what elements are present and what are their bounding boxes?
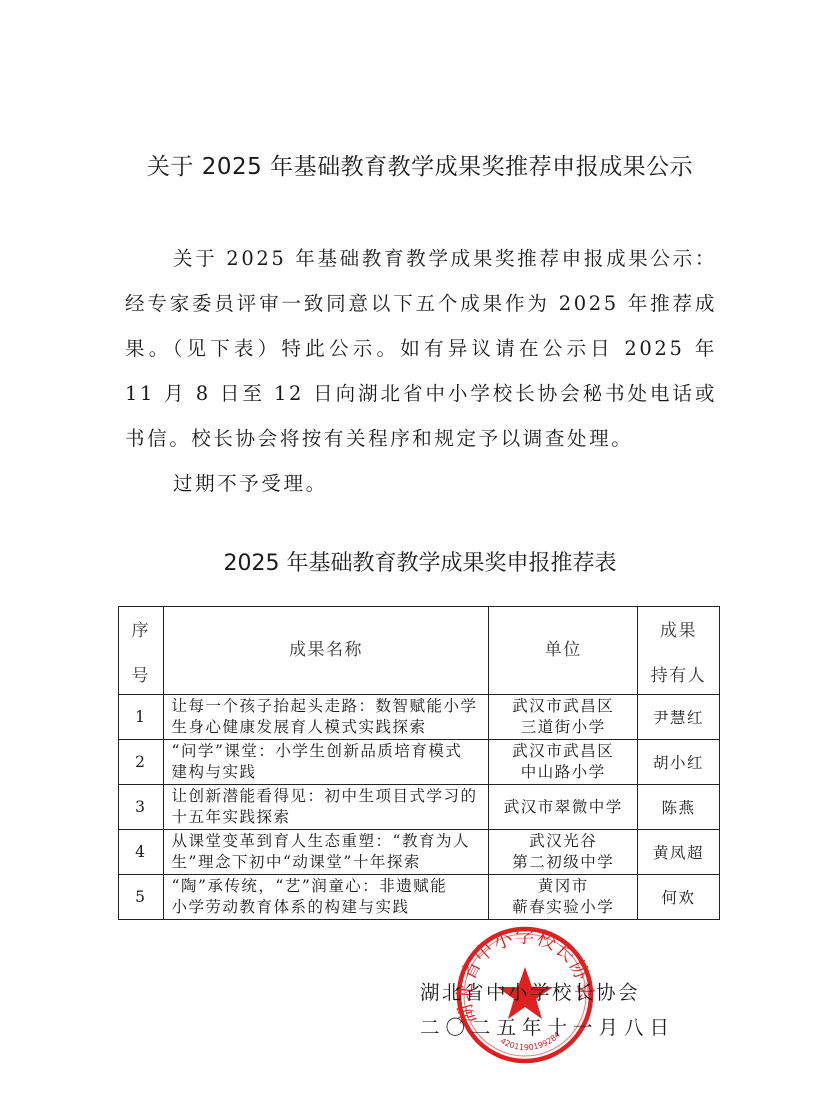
header-owner-top: 成果	[638, 616, 719, 641]
row-name: 从课堂变革到育人生态重塑：“教育为人生”理念下初中“动课堂”十年探索	[163, 830, 489, 875]
table-row: 3 让创新潜能看得见：初中生项目式学习的十五年实践探索 武汉市翠微中学 陈燕	[119, 785, 720, 830]
row-name-line: “陶”承传统，“艺”润童心：非遗赋能	[172, 876, 489, 897]
row-name-line: 十五年实践探索	[172, 807, 489, 828]
row-no: 1	[119, 695, 164, 740]
table-header-row: 序号 成果名称 单位 成果持有人	[119, 607, 720, 695]
row-name-line: 小学劳动教育体系的构建与实践	[172, 897, 489, 918]
notice-body: 关于 2025 年基础教育教学成果奖推荐申报成果公示：经专家委员评审一致同意以下…	[125, 236, 717, 506]
row-name-line: 建构与实践	[172, 762, 489, 783]
header-unit: 单位	[489, 607, 638, 695]
row-name: 让创新潜能看得见：初中生项目式学习的十五年实践探索	[163, 785, 489, 830]
row-unit-line: 武汉市武昌区	[489, 741, 637, 762]
row-unit-line: 武汉光谷	[489, 831, 637, 852]
row-owner: 尹慧红	[638, 695, 720, 740]
row-unit: 武汉市武昌区中山路小学	[489, 740, 638, 785]
row-no: 4	[119, 830, 164, 875]
row-unit: 黄冈市蕲春实验小学	[489, 875, 638, 920]
row-unit: 武汉市翠微中学	[489, 785, 638, 830]
header-no-top: 序	[119, 616, 163, 641]
row-unit-line: 武汉市武昌区	[489, 696, 637, 717]
row-owner: 陈燕	[638, 785, 720, 830]
table-row: 1 让每一个孩子抬起头走路：数智赋能小学生身心健康发展育人模式实践探索 武汉市武…	[119, 695, 720, 740]
row-owner: 黄凤超	[638, 830, 720, 875]
row-unit-line: 黄冈市	[489, 876, 637, 897]
row-name: “问学”课堂：小学生创新品质培育模式建构与实践	[163, 740, 489, 785]
notice-paragraph: 关于 2025 年基础教育教学成果奖推荐申报成果公示：经专家委员评审一致同意以下…	[125, 236, 717, 461]
signature-organization: 湖北省中小学校长协会	[420, 970, 640, 1015]
row-owner: 何欢	[638, 875, 720, 920]
row-unit-line: 第二初级中学	[489, 852, 637, 873]
header-owner-bottom: 持有人	[638, 661, 719, 686]
notice-deadline: 过期不予受理。	[125, 461, 717, 506]
row-unit: 武汉光谷第二初级中学	[489, 830, 638, 875]
header-no-bottom: 号	[119, 661, 163, 686]
row-name-line: 让创新潜能看得见：初中生项目式学习的	[172, 786, 489, 807]
header-owner: 成果持有人	[638, 607, 720, 695]
document-title: 关于 2025 年基础教育教学成果奖推荐申报成果公示	[0, 148, 840, 181]
row-unit-line: 三道街小学	[489, 717, 637, 738]
row-no: 2	[119, 740, 164, 785]
recommendation-table: 序号 成果名称 单位 成果持有人 1 让每一个孩子抬起头走路：数智赋能小学生身心…	[118, 606, 720, 920]
row-unit-line: 蕲春实验小学	[489, 897, 637, 918]
header-name: 成果名称	[163, 607, 489, 695]
header-no: 序号	[119, 607, 164, 695]
row-unit-line: 中山路小学	[489, 762, 637, 783]
row-name-line: 生身心健康发展育人模式实践探索	[172, 717, 489, 738]
table-row: 5 “陶”承传统，“艺”润童心：非遗赋能小学劳动教育体系的构建与实践 黄冈市蕲春…	[119, 875, 720, 920]
row-no: 3	[119, 785, 164, 830]
row-name: 让每一个孩子抬起头走路：数智赋能小学生身心健康发展育人模式实践探索	[163, 695, 489, 740]
table-row: 2 “问学”课堂：小学生创新品质培育模式建构与实践 武汉市武昌区中山路小学 胡小…	[119, 740, 720, 785]
table-title: 2025 年基础教育教学成果奖申报推荐表	[0, 546, 840, 577]
row-name-line: 生”理念下初中“动课堂”十年探索	[172, 852, 489, 873]
signature-date: 二〇二五年十一月八日	[420, 1012, 675, 1040]
row-name-line: 从课堂变革到育人生态重塑：“教育为人	[172, 831, 489, 852]
table-row: 4 从课堂变革到育人生态重塑：“教育为人生”理念下初中“动课堂”十年探索 武汉光…	[119, 830, 720, 875]
row-name: “陶”承传统，“艺”润童心：非遗赋能小学劳动教育体系的构建与实践	[163, 875, 489, 920]
row-unit: 武汉市武昌区三道街小学	[489, 695, 638, 740]
row-owner: 胡小红	[638, 740, 720, 785]
row-no: 5	[119, 875, 164, 920]
row-name-line: 让每一个孩子抬起头走路：数智赋能小学	[172, 696, 489, 717]
row-name-line: “问学”课堂：小学生创新品质培育模式	[172, 741, 489, 762]
